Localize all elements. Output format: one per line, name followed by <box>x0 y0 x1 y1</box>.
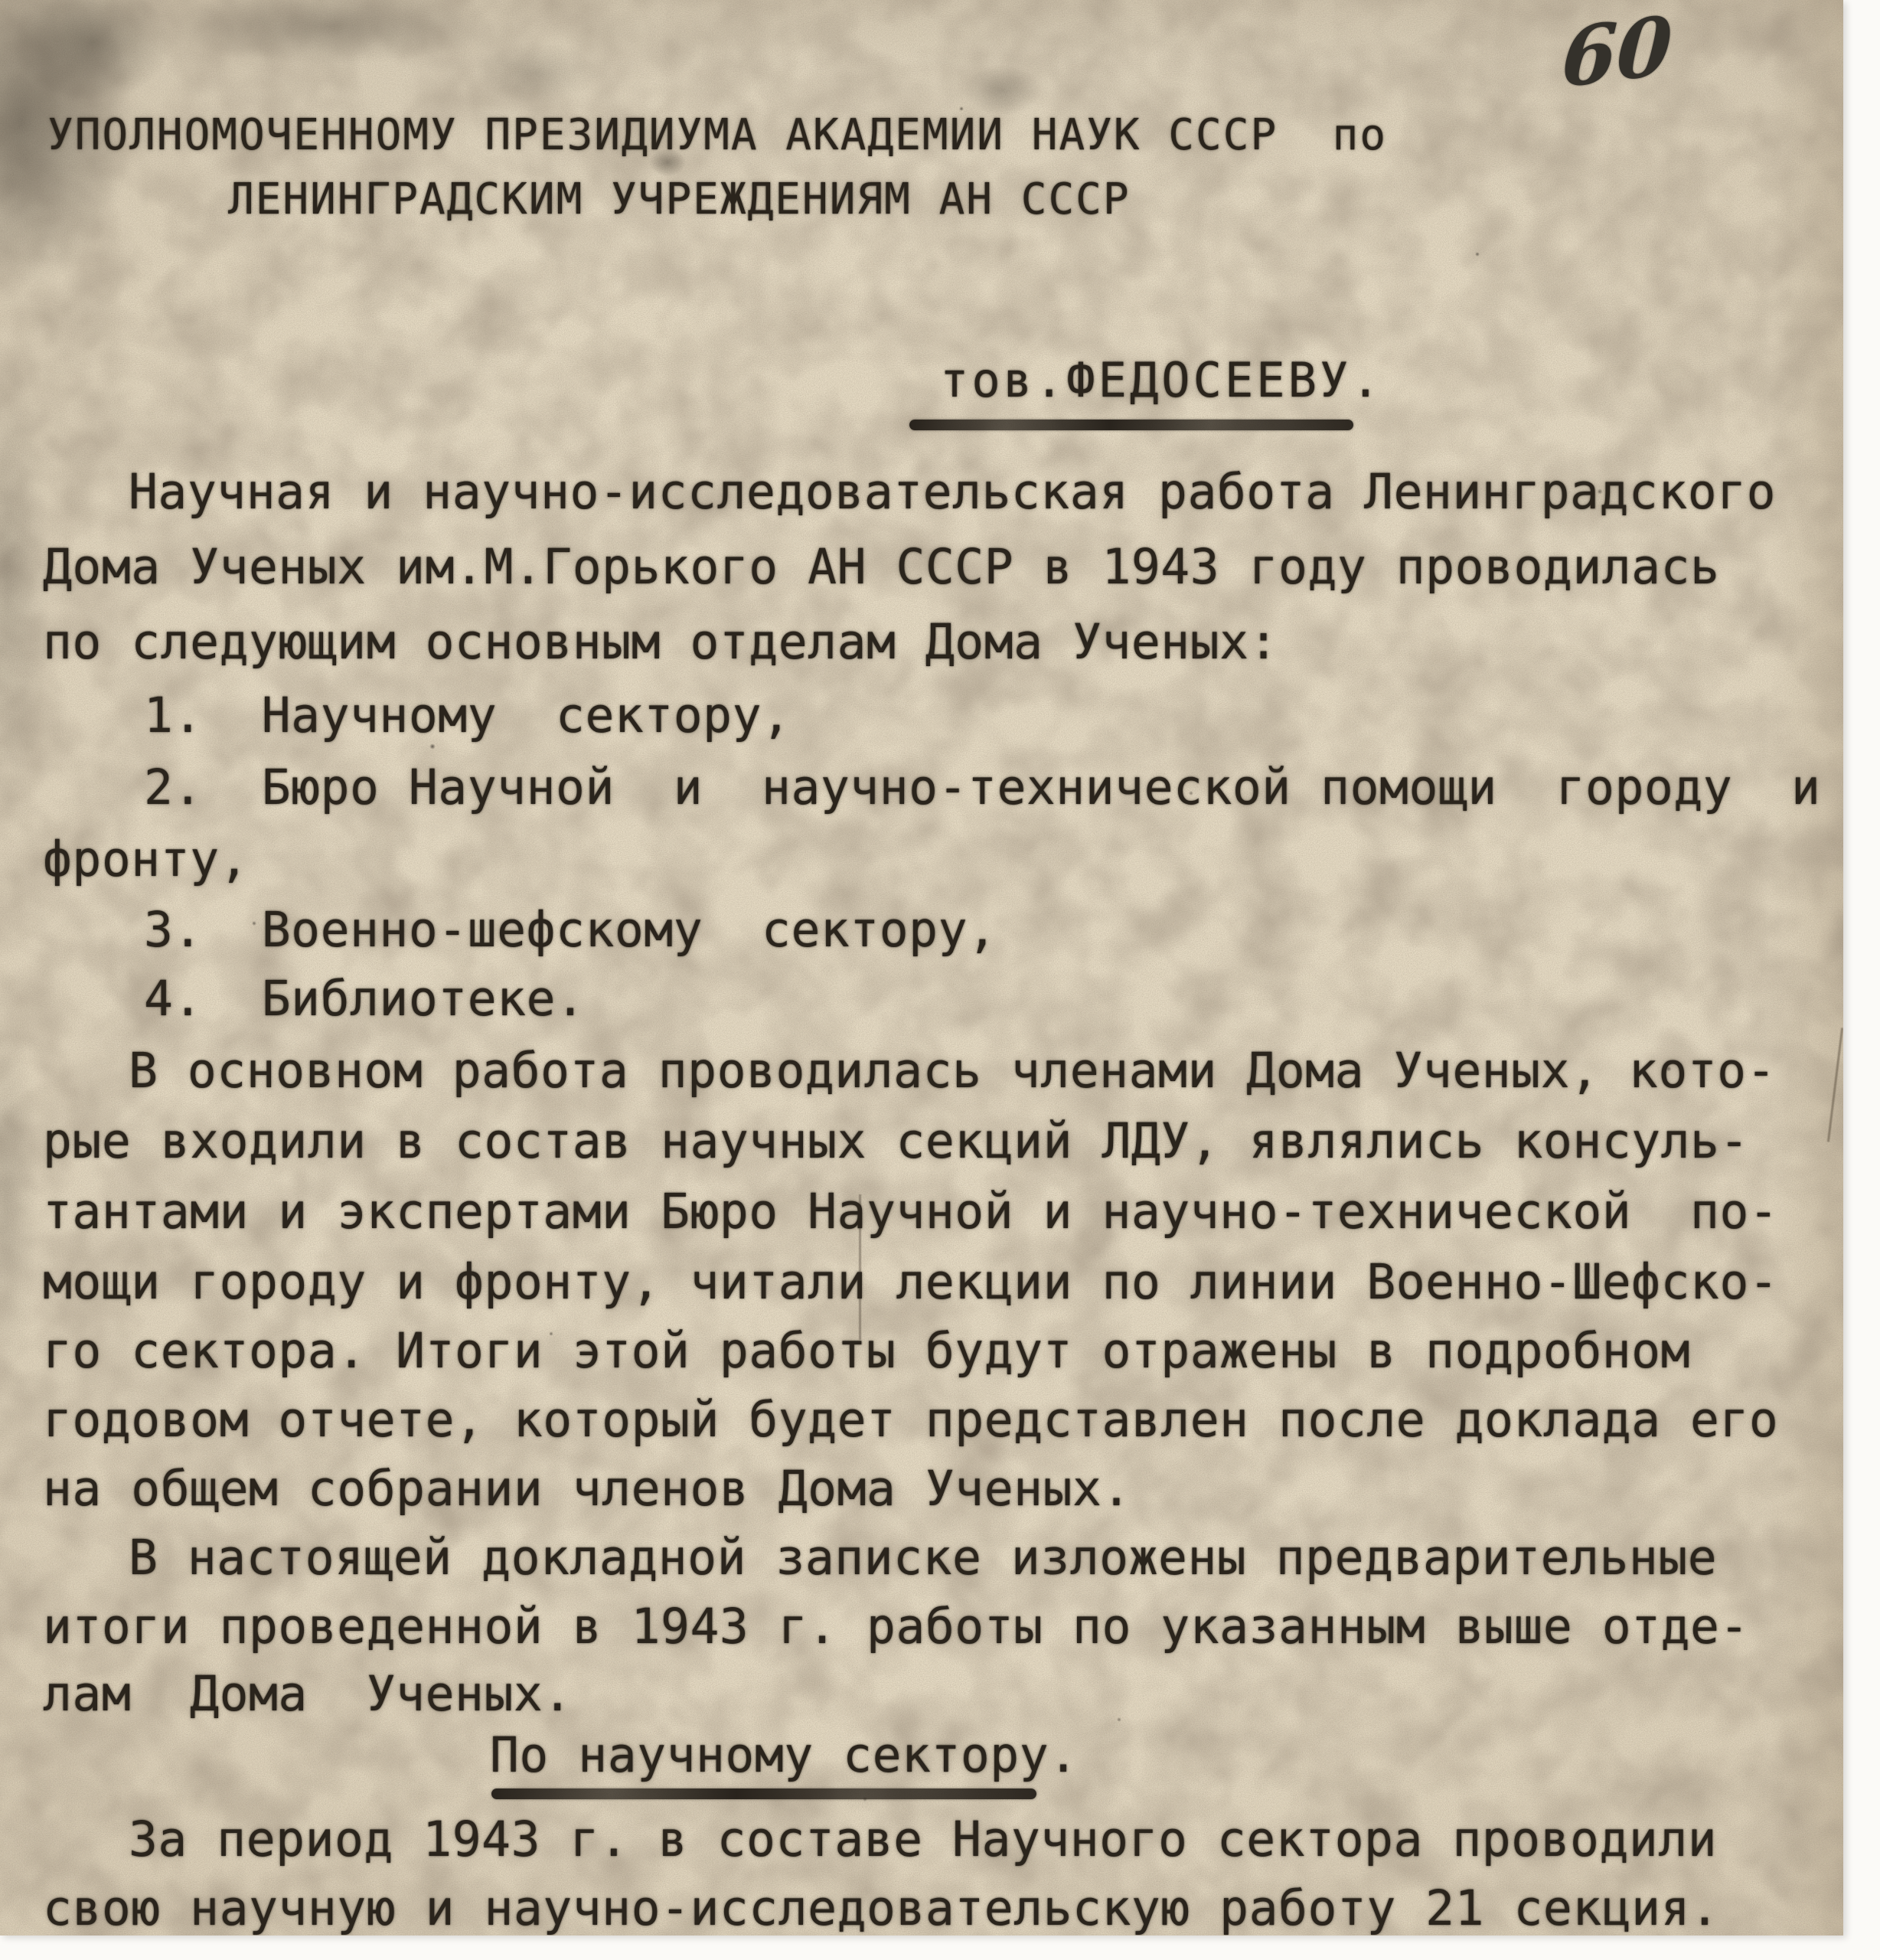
paragraph-1-line-3: по следующим основным отделам Дома Учены… <box>43 614 1278 671</box>
edge-pen-stroke <box>1827 1027 1843 1142</box>
paragraph-3-line-1: В настоящей докладной записке изложены п… <box>129 1530 1717 1586</box>
list-item-3: 3. Военно-шефскому сектору, <box>144 902 997 959</box>
paragraph-1-line-2: Дома Ученых им.М.Горького АН СССР в 1943… <box>43 539 1719 596</box>
paragraph-1-line-1: Научная и научно-исследовательская работ… <box>129 464 1776 521</box>
section-heading-underline <box>491 1788 1036 1799</box>
list-item-4: 4. Библиотеке. <box>144 971 585 1027</box>
list-item-1: 1. Научному сектору, <box>144 688 791 744</box>
list-item-2: 2. Бюро Научной и научно-технической пом… <box>144 759 1820 816</box>
handwritten-page-number: 60 <box>1559 0 1674 106</box>
paragraph-2-line-6: годовом отчете, который будет представле… <box>43 1392 1778 1449</box>
addressee-line: тов.ФЕДОСЕЕВУ. <box>940 352 1383 409</box>
paragraph-4-line-1: За период 1943 г. в составе Научного сек… <box>129 1811 1717 1868</box>
paragraph-2-line-2: рые входили в состав научных секций ЛДУ,… <box>43 1113 1749 1170</box>
paragraph-2-line-4: мощи городу и фронту, читали лекции по л… <box>43 1254 1778 1311</box>
paragraph-2-line-1: В основном работа проводилась членами До… <box>129 1043 1776 1099</box>
addressee-underline <box>909 420 1353 430</box>
header-line-1: УПОЛНОМОЧЕННОМУ ПРЕЗИДИУМА АКАДЕМИИ НАУК… <box>47 107 1387 164</box>
paragraph-2-line-5: го сектора. Итоги этой работы будут отра… <box>43 1323 1690 1380</box>
header-line-2: ЛЕНИНГРАДСКИМ УЧРЕЖДЕНИЯМ АН СССР <box>228 171 1131 228</box>
section-heading: По научному сектору. <box>490 1727 1079 1784</box>
paragraph-2-line-7: на общем собрании членов Дома Ученых. <box>43 1461 1131 1517</box>
paragraph-2-line-3: тантами и экспертами Бюро Научной и науч… <box>43 1184 1778 1240</box>
scan-canvas: 60 УПОЛНОМОЧЕННОМУ ПРЕЗИДИУМА АКАДЕМИИ Н… <box>0 0 1880 1960</box>
paragraph-3-line-2: итоги проведенной в 1943 г. работы по ук… <box>43 1599 1749 1655</box>
paragraph-3-line-3: лам Дома Ученых. <box>43 1666 573 1723</box>
list-item-2-continuation: фронту, <box>43 831 249 888</box>
paragraph-4-line-2: свою научную и научно-исследовательскую … <box>43 1880 1719 1935</box>
document-page: 60 УПОЛНОМОЧЕННОМУ ПРЕЗИДИУМА АКАДЕМИИ Н… <box>0 0 1843 1935</box>
